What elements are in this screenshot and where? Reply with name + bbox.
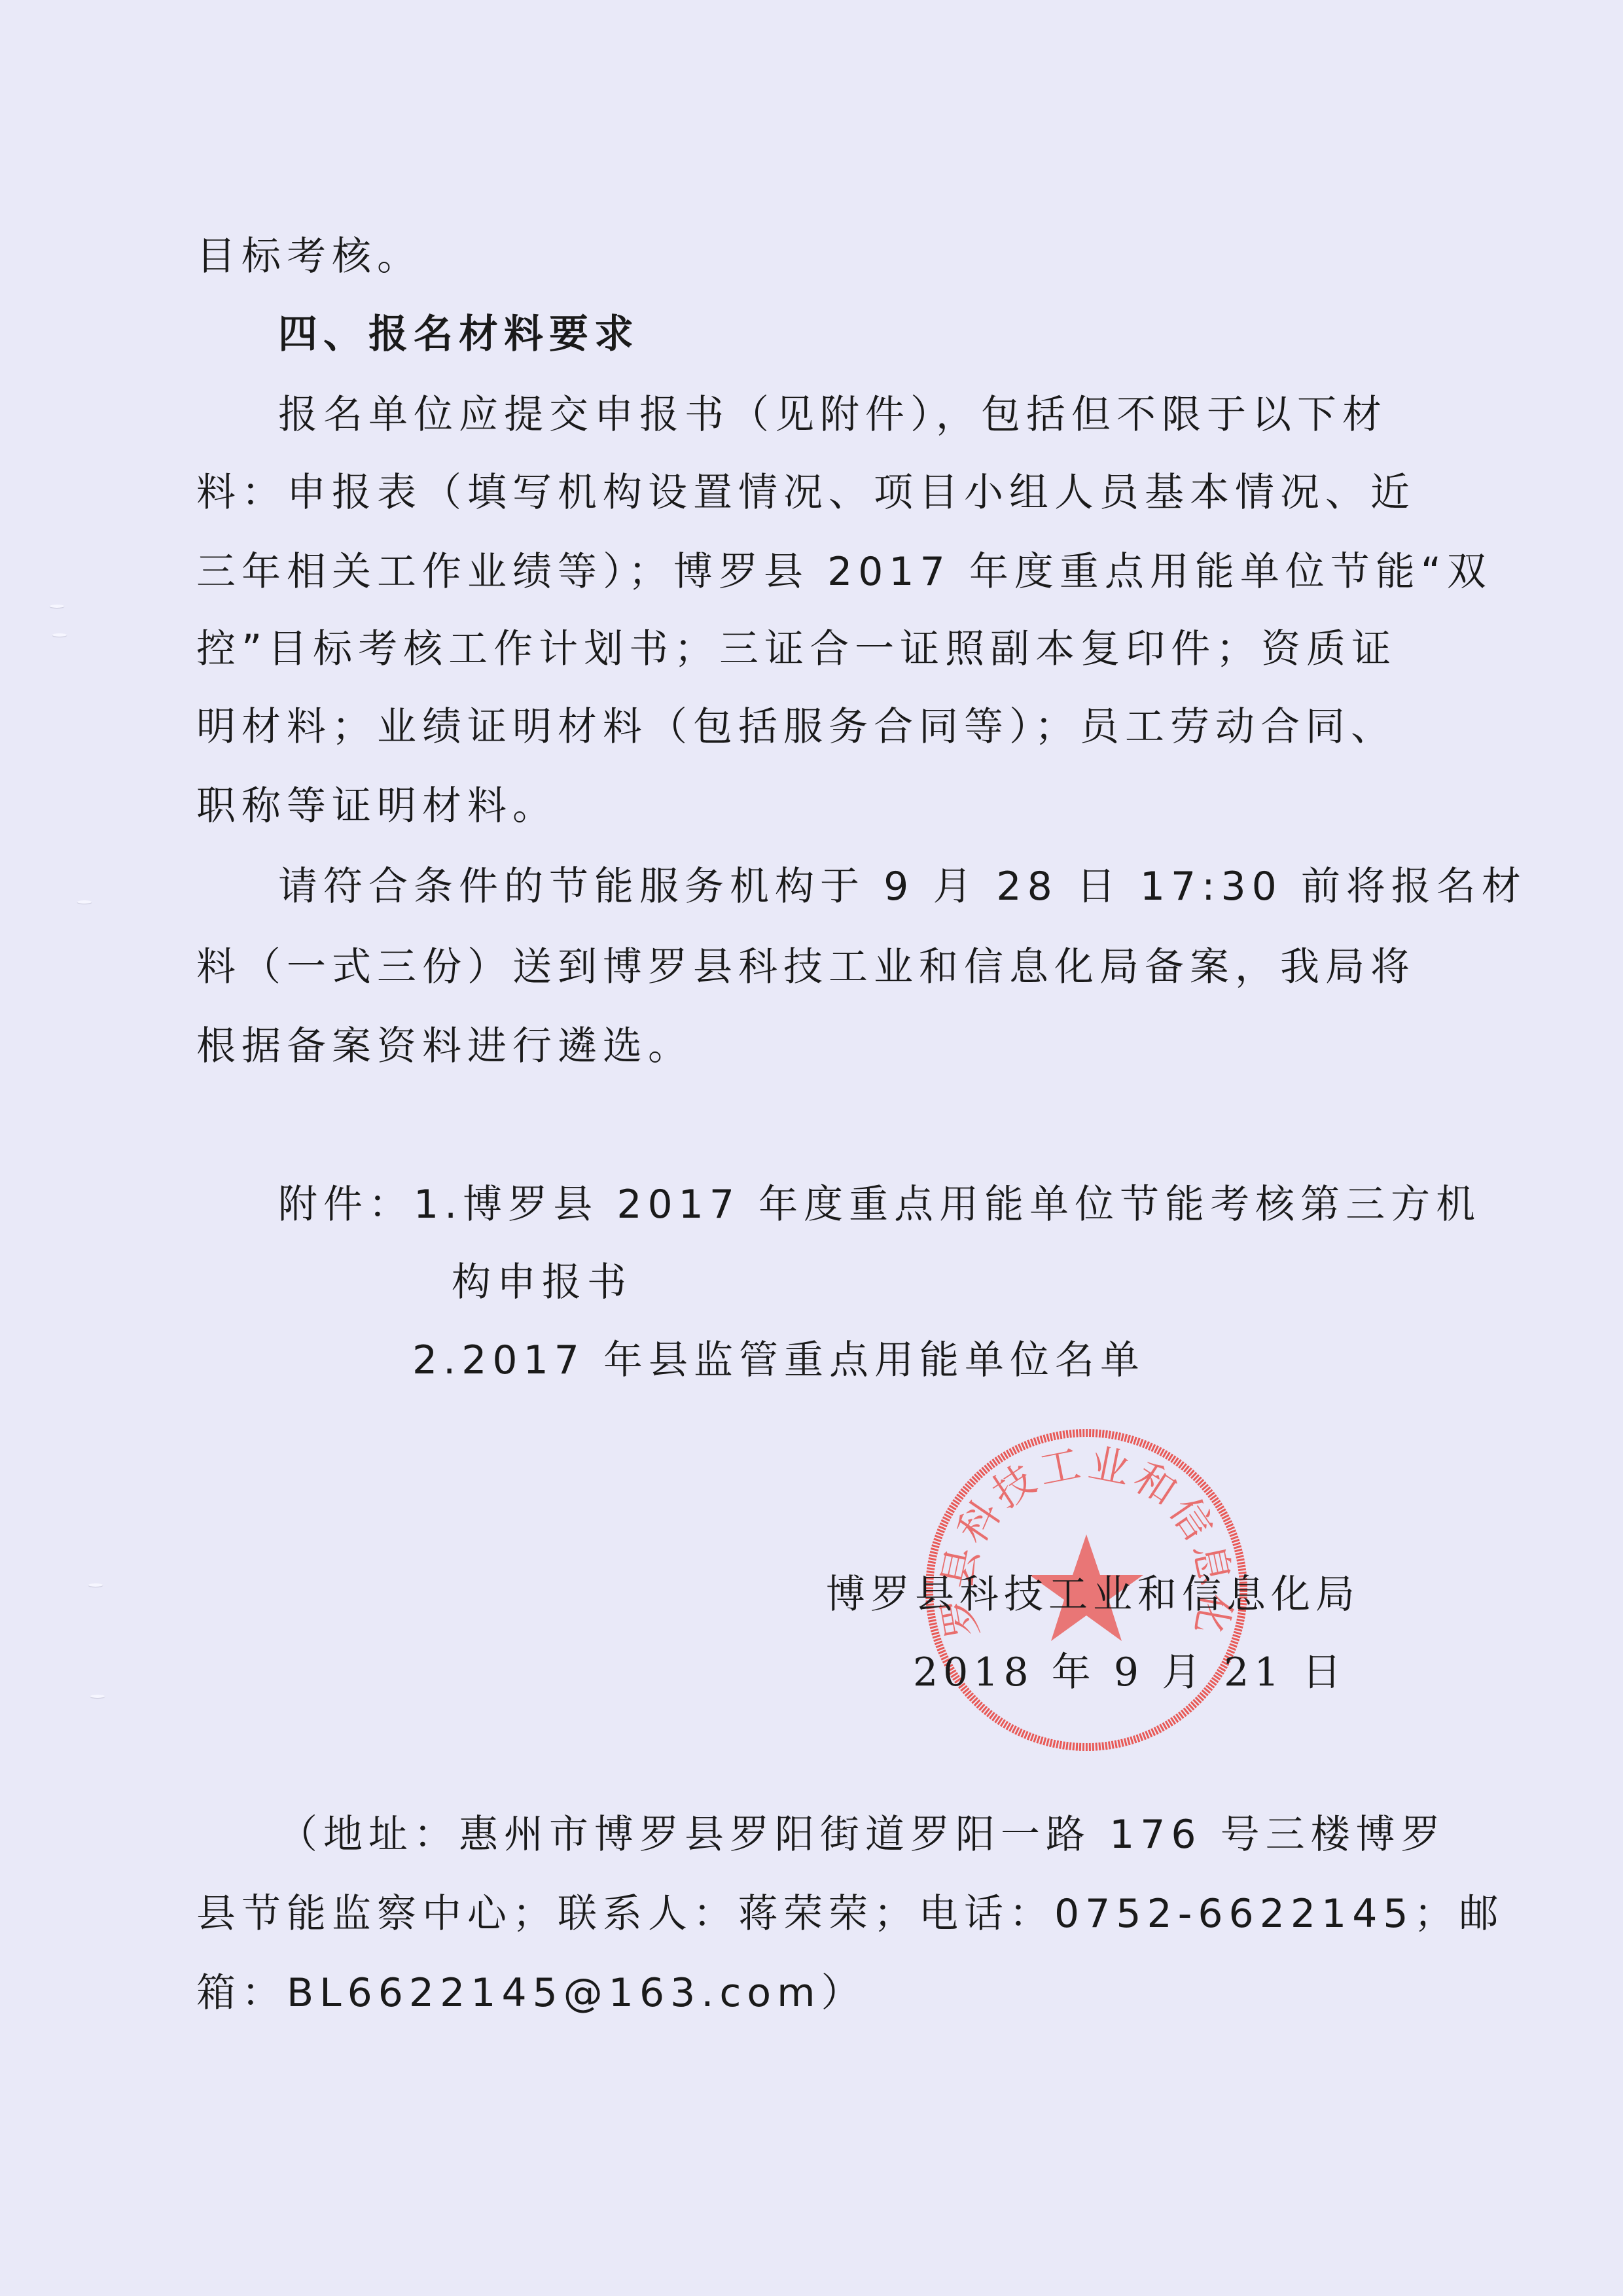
attachment-item-1-continued: 构申报书 <box>452 1256 1381 1309</box>
binding-hole-mark <box>77 900 92 904</box>
paragraph-line: 料：申报表（填写机构设置情况、项目小组人员基本情况、近 <box>196 467 1381 519</box>
attachment-item-2: 2.2017 年县监管重点用能单位名单 <box>412 1334 1381 1386</box>
contact-line: 箱：BL6622145@163.com） <box>196 1967 1381 2019</box>
binding-hole-mark <box>90 1695 105 1698</box>
paragraph-line: 控”目标考核工作计划书；三证合一证照副本复印件；资质证 <box>196 623 1381 675</box>
signing-date: 2018 年 9 月 21 日 <box>913 1646 1347 1699</box>
section-heading: 四、报名材料要求 <box>278 308 1381 361</box>
paragraph-line: 三年相关工作业绩等）；博罗县 2017 年度重点用能单位节能“双 <box>196 546 1381 598</box>
paragraph-line: 职称等证明材料。 <box>196 780 1381 832</box>
attachment-item-1: 1.博罗县 2017 年度重点用能单位节能考核第三方机 <box>414 1182 1481 1227</box>
paragraph-line: 报名单位应提交申报书（见附件），包括但不限于以下材 <box>278 389 1381 441</box>
signing-organization: 博罗县科技工业和信息化局 <box>826 1568 1360 1621</box>
document-page: 目标考核。 四、报名材料要求 报名单位应提交申报书（见附件），包括但不限于以下材… <box>0 0 1623 2296</box>
attachments-label: 附件： <box>278 1182 414 1227</box>
binding-hole-mark <box>52 633 67 637</box>
attachments-line-1: 附件：1.博罗县 2017 年度重点用能单位节能考核第三方机 <box>278 1178 1381 1231</box>
paragraph-line: 料（一式三份）送到博罗县科技工业和信息化局备案，我局将 <box>196 941 1381 993</box>
paragraph-line: 请符合条件的节能服务机构于 9 月 28 日 17:30 前将报名材 <box>278 860 1381 913</box>
contact-line: 县节能监察中心；联系人：蒋荣荣；电话：0752-6622145；邮 <box>196 1888 1381 1940</box>
contact-line: （地址：惠州市博罗县罗阳街道罗阳一路 176 号三楼博罗 <box>278 1809 1381 1861</box>
text-line: 目标考核。 <box>196 230 1381 283</box>
paragraph-line: 根据备案资料进行遴选。 <box>196 1020 1381 1072</box>
paragraph-line: 明材料；业绩证明材料（包括服务合同等）；员工劳动合同、 <box>196 701 1381 753</box>
binding-hole-mark <box>88 1583 103 1587</box>
binding-hole-mark <box>50 605 64 608</box>
